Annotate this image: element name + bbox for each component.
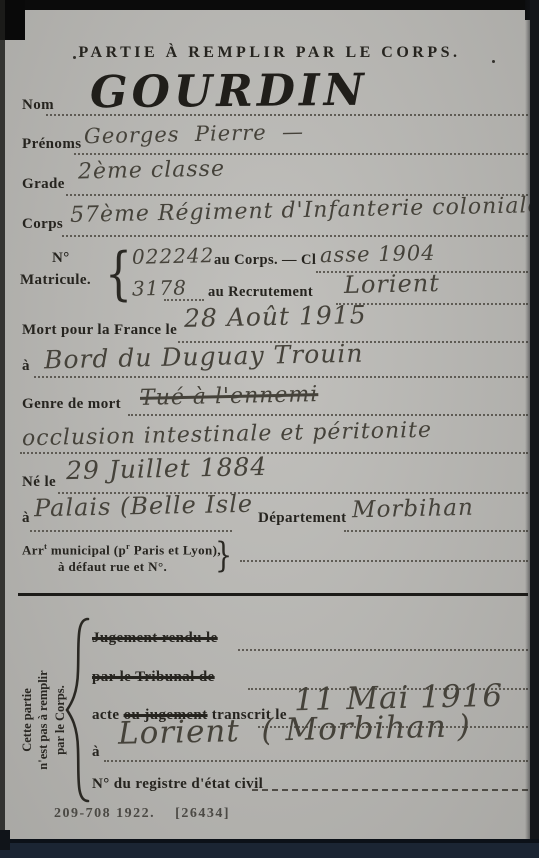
- military-death-record-card: PARTIE À REMPLIR PAR LE CORPS. Nom GOURD…: [0, 0, 539, 858]
- print-code: 209-708 1922. [26434]: [54, 806, 230, 822]
- lieu-mort-value: Bord du Duguay Trouin: [44, 339, 364, 375]
- lieu-naissance-value: Palais (Belle Isle: [34, 490, 254, 523]
- lieu-mort-label: à: [22, 358, 30, 375]
- dotted-line: [20, 452, 528, 454]
- scan-edge-bottom-left: [0, 830, 10, 850]
- matricule-label-no: N°: [52, 250, 70, 267]
- dotted-line: [104, 760, 528, 762]
- civil-section-brace: [64, 616, 90, 804]
- jugement-label: Jugement rendu le: [92, 630, 218, 647]
- classe-value: asse 1904: [320, 241, 436, 267]
- dotted-line: [34, 376, 528, 378]
- arr-label-part: Arr: [22, 542, 44, 557]
- genre-mort-label: Genre de mort: [22, 396, 121, 413]
- dotted-line: [164, 299, 204, 301]
- dotted-line: [238, 649, 528, 651]
- dotted-line: [74, 153, 528, 155]
- lieu-transcrit-label: à: [92, 744, 100, 761]
- dashed-line: [252, 789, 528, 791]
- nom-value: GOURDIN: [90, 65, 368, 118]
- genre-mort-continued-value: occlusion intestinale et péritonite: [22, 418, 432, 452]
- matricule-recrutement-number: 3178: [132, 275, 187, 300]
- naissance-label: Né le: [22, 474, 56, 491]
- matricule-brace: {: [105, 240, 132, 307]
- sidebar-note-line: Cette partie: [19, 629, 35, 811]
- mort-label: Mort pour la France le: [22, 322, 177, 339]
- arr-municipal-label-line2: à défaut rue et N°.: [58, 559, 167, 575]
- corps-label: Corps: [22, 216, 63, 233]
- corps-value: 57ème Régiment d'Infanterie coloniale: [70, 193, 539, 228]
- section-separator: [18, 593, 528, 596]
- matricule-label: Matricule.: [20, 272, 91, 289]
- matricule-recrutement-printed: au Recrutement: [208, 284, 313, 301]
- scan-edge-bottom: [0, 843, 539, 858]
- dotted-line: [46, 114, 528, 116]
- dotted-line: [344, 530, 528, 532]
- form-title: PARTIE À REMPLIR PAR LE CORPS.: [0, 44, 539, 62]
- ink-speck: [492, 60, 495, 63]
- arr-municipal-brace: }: [215, 536, 232, 576]
- mort-date-value: 28 Août 1915: [184, 300, 367, 333]
- grade-label: Grade: [22, 176, 65, 193]
- prenoms-value: Georges Pierre —: [84, 120, 304, 149]
- tribunal-label: par le Tribunal de: [92, 669, 215, 686]
- naissance-date-value: 29 Juillet 1884: [66, 452, 268, 485]
- arr-municipal-label-line1: Arrt municipal (pr Paris et Lyon),: [22, 542, 221, 558]
- recrutement-value: Lorient: [344, 269, 440, 299]
- departement-value: Morbihan: [352, 495, 474, 524]
- dotted-line: [128, 414, 528, 416]
- prenoms-label: Prénoms: [22, 136, 81, 153]
- lieu-naissance-label: à: [22, 510, 30, 527]
- matricule-corps-number: 022242: [132, 243, 215, 269]
- grade-value: 2ème classe: [78, 156, 225, 184]
- departement-label: Département: [258, 510, 347, 527]
- ink-speck: [73, 56, 76, 59]
- registre-label: N° du registre d'état civil: [92, 776, 263, 793]
- scan-edge-right: [530, 0, 539, 858]
- sidebar-note: Cette partie n'est pas à remplir par le …: [19, 629, 69, 811]
- nom-label: Nom: [22, 97, 54, 114]
- arr-label-part: municipal (p: [47, 542, 126, 557]
- lieu-transcrit-value: Lorient ( Morbihan ): [118, 708, 471, 751]
- matricule-corps-printed: au Corps. — Cl: [214, 252, 316, 269]
- scan-edge-top: [0, 0, 539, 10]
- dotted-line: [30, 530, 232, 532]
- scan-edge-left: [0, 0, 5, 858]
- dotted-line: [62, 235, 528, 237]
- arr-label-part: Paris et Lyon),: [130, 542, 221, 557]
- dotted-line: [240, 560, 528, 562]
- genre-mort-struck-value: Tué à l'ennemi: [140, 382, 319, 411]
- sidebar-note-line: n'est pas à remplir: [35, 629, 51, 811]
